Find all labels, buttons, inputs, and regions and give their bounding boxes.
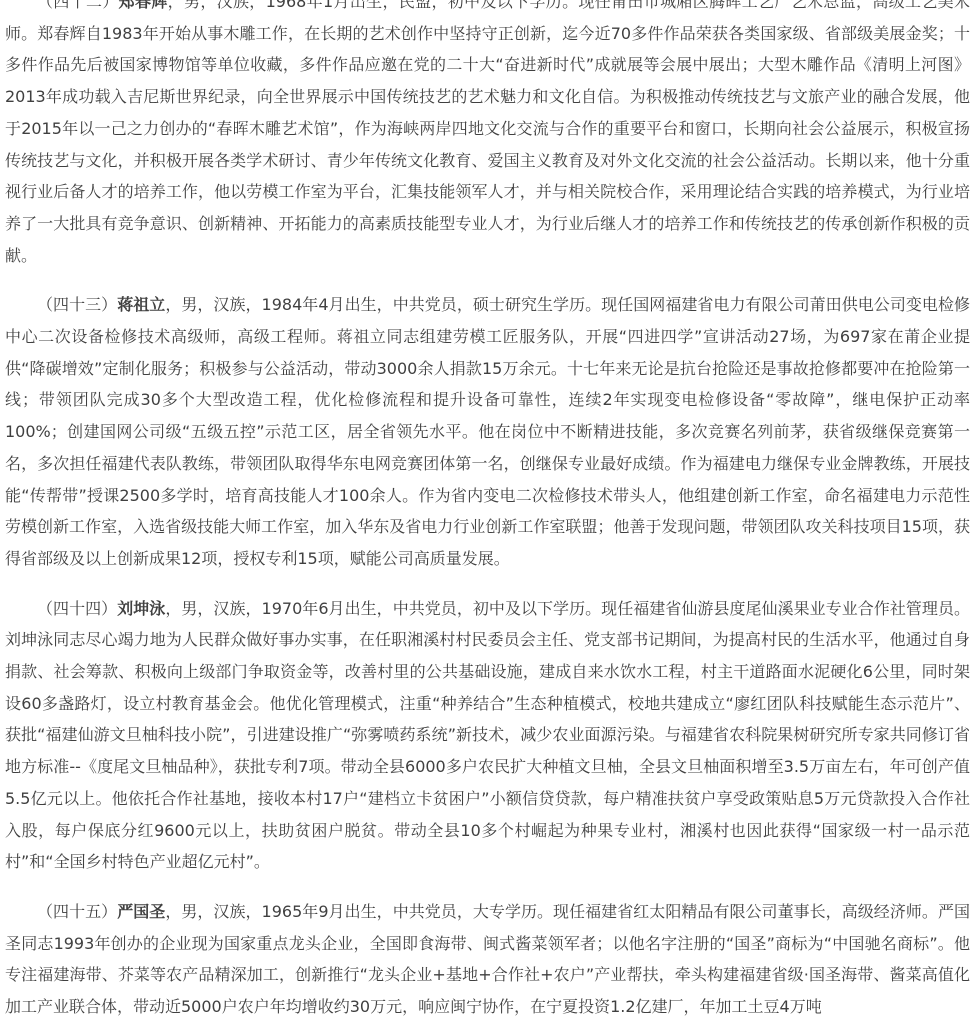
person-name: 郑春辉 <box>119 0 168 11</box>
person-name: 严国圣 <box>117 902 165 921</box>
entry-paragraph-43: （四十三）蒋祖立，男，汉族，1984年4月出生，中共党员，硕士研究生学历。现任国… <box>5 289 970 574</box>
entry-text: ，男，汉族，1984年4月出生，中共党员，硕士研究生学历。现任国网福建省电力有限… <box>5 295 970 568</box>
entry-text: ，男，汉族，1970年6月出生，中共党员，初中及以下学历。现任福建省仙游县度尾仙… <box>5 599 970 872</box>
document-body: （四十二）郑春辉，男，汉族，1968年1月出生，民盟，初中及以下学历。现任莆田市… <box>5 0 970 1023</box>
entry-paragraph-44: （四十四）刘坤泳，男，汉族，1970年6月出生，中共党员，初中及以下学历。现任福… <box>5 593 970 878</box>
person-name: 蒋祖立 <box>117 295 165 314</box>
entry-paragraph-45: （四十五）严国圣，男，汉族，1965年9月出生，中共党员，大专学历。现任福建省红… <box>5 896 970 1023</box>
entry-number: （四十五） <box>37 902 117 921</box>
entry-number: （四十四） <box>37 599 117 618</box>
entry-number: （四十三） <box>37 295 117 314</box>
entry-number: （四十二） <box>37 0 119 11</box>
entry-text: ，男，汉族，1968年1月出生，民盟，初中及以下学历。现任莆田市城厢区腾晖工艺厂… <box>5 0 970 265</box>
person-name: 刘坤泳 <box>117 599 165 618</box>
entry-paragraph-42: （四十二）郑春辉，男，汉族，1968年1月出生，民盟，初中及以下学历。现任莆田市… <box>5 0 970 271</box>
